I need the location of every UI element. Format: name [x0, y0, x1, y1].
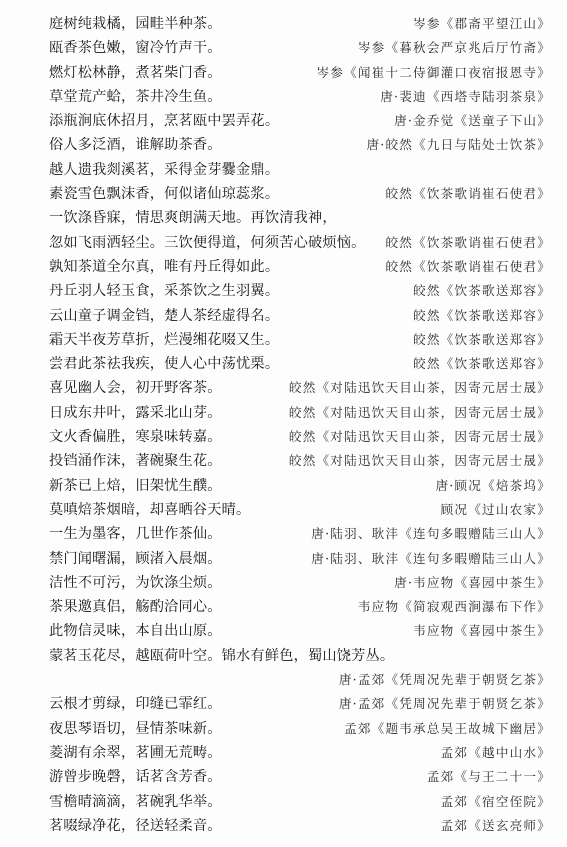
verse-text: 洁性不可污，为饮涤尘烦。 — [49, 571, 222, 595]
verse-source: 皎然《饮茶歌诮崔石使君》 — [385, 255, 551, 279]
verse-source: 韦应物《喜园中茶生》 — [413, 619, 551, 643]
verse-entry: 投铛涌作沫，著碗聚生花。皎然《对陆迅饮天目山茶，因寄元居士晟》 — [49, 449, 551, 473]
verse-text: 一生为墨客，几世作茶仙。 — [49, 522, 222, 546]
verse-text: 游曾步晚磬，话茗含芳香。 — [49, 765, 222, 789]
verse-text: 忽如飞雨洒轻尘。三饮便得道，何须苦心破烦恼。 — [49, 231, 366, 255]
verse-list: 庭树纯栽橘，园畦半种茶。岑参《郡斋平望江山》 瓯香茶色嫩，窗冷竹声干。岑参《暮秋… — [49, 12, 551, 838]
verse-entry: 燃灯松林静，煮茗柴门香。岑参《闻崔十二侍御灌口夜宿报恩寺》 — [49, 61, 551, 85]
verse-text: 投铛涌作沫，著碗聚生花。 — [49, 449, 222, 473]
verse-entry: 忽如飞雨洒轻尘。三饮便得道，何须苦心破烦恼。皎然《饮茶歌诮崔石使君》 — [49, 231, 551, 255]
verse-entry: 茗啜绿净花，径送轻柔音。孟郊《送玄亮师》 — [49, 814, 551, 838]
verse-source: 唐·顾况《焙茶坞》 — [435, 474, 551, 498]
verse-source: 皎然《对陆迅饮天目山茶，因寄元居士晟》 — [289, 425, 551, 449]
verse-text: 茗啜绿净花，径送轻柔音。 — [49, 814, 222, 838]
verse-entry: 孰知茶道全尔真，唯有丹丘得如此。皎然《饮茶歌诮崔石使君》 — [49, 255, 551, 279]
verse-entry: 游曾步晚磬，话茗含芳香。孟郊《与王二十一》 — [49, 765, 551, 789]
verse-entry: 瓯香茶色嫩，窗冷竹声干。岑参《暮秋会严京兆后厅竹斋》 — [49, 36, 551, 60]
verse-text: 孰知茶道全尔真，唯有丹丘得如此。 — [49, 255, 279, 279]
verse-entry: 雪檐晴滴滴，茗碗乳华举。孟郊《宿空侄院》 — [49, 790, 551, 814]
verse-entry: 一生为墨客，几世作茶仙。唐·陆羽、耿沣《连句多暇赠陆三山人》 — [49, 522, 551, 546]
verse-entry: 此物信灵味，本自出山原。韦应物《喜园中茶生》 — [49, 619, 551, 643]
verse-text: 蒙茗玉花尽，越瓯荷叶空。锦水有鲜色，蜀山饶芳丛。 — [49, 644, 394, 668]
verse-entry: 茶果邀真侣，觞酌洽同心。韦应物《简寂观西涧瀑布下作》 — [49, 595, 551, 619]
verse-text: 瓯香茶色嫩，窗冷竹声干。 — [49, 36, 222, 60]
verse-text: 夜思琴语切，昼情茶味新。 — [49, 717, 222, 741]
verse-entry: 庭树纯栽橘，园畦半种茶。岑参《郡斋平望江山》 — [49, 12, 551, 36]
verse-entry: 越人遗我剡溪茗，采得金芽爨金鼎。 — [49, 158, 551, 182]
verse-source: 皎然《饮茶歌送郑容》 — [413, 352, 551, 376]
verse-text: 雪檐晴滴滴，茗碗乳华举。 — [49, 790, 222, 814]
verse-text: 庭树纯栽橘，园畦半种茶。 — [49, 12, 222, 36]
verse-source: 韦应物《简寂观西涧瀑布下作》 — [358, 595, 551, 619]
verse-text: 新茶已上焙，旧架忧生醭。 — [49, 474, 222, 498]
document-page: 庭树纯栽橘，园畦半种茶。岑参《郡斋平望江山》 瓯香茶色嫩，窗冷竹声干。岑参《暮秋… — [0, 0, 567, 847]
verse-source: 唐·韦应物《喜园中茶生》 — [394, 571, 551, 595]
verse-text: 文火香偏胜，寒泉味转嘉。 — [49, 425, 222, 449]
verse-entry: 唐·孟郊《凭周况先辈于朝贤乞茶》 — [49, 668, 551, 692]
verse-source: 唐·孟郊《凭周况先辈于朝贤乞茶》 — [339, 692, 551, 716]
verse-entry: 霜天半夜芳草折，烂漫缃花啜又生。皎然《饮茶歌送郑容》 — [49, 328, 551, 352]
verse-text: 莫嗔焙茶烟暗，却喜晒谷天晴。 — [49, 498, 250, 522]
verse-source: 皎然《对陆迅饮天目山茶，因寄元居士晟》 — [289, 401, 551, 425]
verse-text: 禁门闻曙漏，顾渚入晨烟。 — [49, 547, 222, 571]
verse-entry: 夜思琴语切，昼情茶味新。孟郊《题韦承总吴王故城下幽居》 — [49, 717, 551, 741]
verse-source: 皎然《饮茶歌送郑容》 — [413, 279, 551, 303]
verse-text: 云山童子调金铛，楚人茶经虚得名。 — [49, 304, 279, 328]
verse-entry: 草堂荒产蛤，茶井冷生鱼。唐·裴迪《西塔寺陆羽茶泉》 — [49, 85, 551, 109]
verse-source: 唐·裴迪《西塔寺陆羽茶泉》 — [380, 85, 551, 109]
verse-entry: 喜见幽人会，初开野客茶。皎然《对陆迅饮天目山茶，因寄元居士晟》 — [49, 376, 551, 400]
verse-text: 燃灯松林静，煮茗柴门香。 — [49, 61, 222, 85]
verse-text: 云根才剪绿，印缝已霏红。 — [49, 692, 222, 716]
verse-source: 岑参《闻崔十二侍御灌口夜宿报恩寺》 — [317, 61, 552, 85]
verse-source: 孟郊《与王二十一》 — [427, 765, 551, 789]
verse-text: 霜天半夜芳草折，烂漫缃花啜又生。 — [49, 328, 279, 352]
verse-entry: 文火香偏胜，寒泉味转嘉。皎然《对陆迅饮天目山茶，因寄元居士晟》 — [49, 425, 551, 449]
verse-source: 皎然《饮茶歌诮崔石使君》 — [385, 231, 551, 255]
verse-source: 孟郊《题韦承总吴王故城下幽居》 — [344, 717, 551, 741]
verse-text: 越人遗我剡溪茗，采得金芽爨金鼎。 — [49, 158, 279, 182]
verse-entry: 云根才剪绿，印缝已霏红。唐·孟郊《凭周况先辈于朝贤乞茶》 — [49, 692, 551, 716]
verse-entry: 云山童子调金铛，楚人茶经虚得名。皎然《饮茶歌送郑容》 — [49, 304, 551, 328]
verse-text: 一饮涤昏寐，情思爽朗满天地。再饮清我神， — [49, 206, 337, 230]
verse-source: 皎然《饮茶歌送郑容》 — [413, 328, 551, 352]
verse-entry: 菱湖有余翠，茗圃无荒畴。孟郊《越中山水》 — [49, 741, 551, 765]
verse-source: 皎然《饮茶歌送郑容》 — [413, 304, 551, 328]
verse-text: 喜见幽人会，初开野客茶。 — [49, 376, 222, 400]
verse-text: 俗人多泛酒，谁解助茶香。 — [49, 133, 222, 157]
verse-entry: 尝君此茶祛我疾，使人心中荡忧栗。皎然《饮茶歌送郑容》 — [49, 352, 551, 376]
verse-source: 皎然《对陆迅饮天目山茶，因寄元居士晟》 — [289, 376, 551, 400]
verse-entry: 俗人多泛酒，谁解助茶香。唐·皎然《九日与陆处士饮茶》 — [49, 133, 551, 157]
verse-text: 此物信灵味，本自出山原。 — [49, 619, 222, 643]
verse-text: 茶果邀真侣，觞酌洽同心。 — [49, 595, 222, 619]
verse-source: 岑参《暮秋会严京兆后厅竹斋》 — [358, 36, 551, 60]
verse-entry: 素瓷雪色飘沫香，何似诸仙琼蕊浆。皎然《饮茶歌诮崔石使君》 — [49, 182, 551, 206]
verse-source: 唐·金乔觉《送童子下山》 — [394, 109, 551, 133]
verse-source: 唐·孟郊《凭周况先辈于朝贤乞茶》 — [339, 668, 551, 692]
verse-text: 草堂荒产蛤，茶井冷生鱼。 — [49, 85, 222, 109]
verse-text: 素瓷雪色飘沫香，何似诸仙琼蕊浆。 — [49, 182, 279, 206]
verse-text: 尝君此茶祛我疾，使人心中荡忧栗。 — [49, 352, 279, 376]
verse-entry: 丹丘羽人轻玉食，采茶饮之生羽翼。皎然《饮茶歌送郑容》 — [49, 279, 551, 303]
verse-text: 添瓶涧底休招月，烹茗瓯中罢弄花。 — [49, 109, 279, 133]
verse-text: 日成东井叶，露采北山芽。 — [49, 401, 222, 425]
verse-source: 皎然《饮茶歌诮崔石使君》 — [385, 182, 551, 206]
verse-source: 孟郊《越中山水》 — [441, 741, 551, 765]
verse-entry: 蒙茗玉花尽，越瓯荷叶空。锦水有鲜色，蜀山饶芳丛。 — [49, 644, 551, 668]
verse-source: 唐·陆羽、耿沣《连句多暇赠陆三山人》 — [311, 522, 551, 546]
verse-source: 皎然《对陆迅饮天目山茶，因寄元居士晟》 — [289, 449, 551, 473]
verse-entry: 新茶已上焙，旧架忧生醭。唐·顾况《焙茶坞》 — [49, 474, 551, 498]
verse-text: 丹丘羽人轻玉食，采茶饮之生羽翼。 — [49, 279, 279, 303]
verse-entry: 洁性不可污，为饮涤尘烦。唐·韦应物《喜园中茶生》 — [49, 571, 551, 595]
verse-entry: 禁门闻曙漏，顾渚入晨烟。唐·陆羽、耿沣《连句多暇赠陆三山人》 — [49, 547, 551, 571]
verse-entry: 添瓶涧底休招月，烹茗瓯中罢弄花。唐·金乔觉《送童子下山》 — [49, 109, 551, 133]
verse-source: 唐·陆羽、耿沣《连句多暇赠陆三山人》 — [311, 547, 551, 571]
verse-entry: 莫嗔焙茶烟暗，却喜晒谷天晴。顾况《过山农家》 — [49, 498, 551, 522]
verse-entry: 一饮涤昏寐，情思爽朗满天地。再饮清我神， — [49, 206, 551, 230]
verse-source: 孟郊《送玄亮师》 — [441, 814, 551, 838]
verse-source: 岑参《郡斋平望江山》 — [413, 12, 551, 36]
verse-source: 顾况《过山农家》 — [441, 498, 551, 522]
verse-entry: 日成东井叶，露采北山芽。皎然《对陆迅饮天目山茶，因寄元居士晟》 — [49, 401, 551, 425]
verse-source: 唐·皎然《九日与陆处士饮茶》 — [366, 133, 551, 157]
verse-source: 孟郊《宿空侄院》 — [441, 790, 551, 814]
verse-text: 菱湖有余翠，茗圃无荒畴。 — [49, 741, 222, 765]
